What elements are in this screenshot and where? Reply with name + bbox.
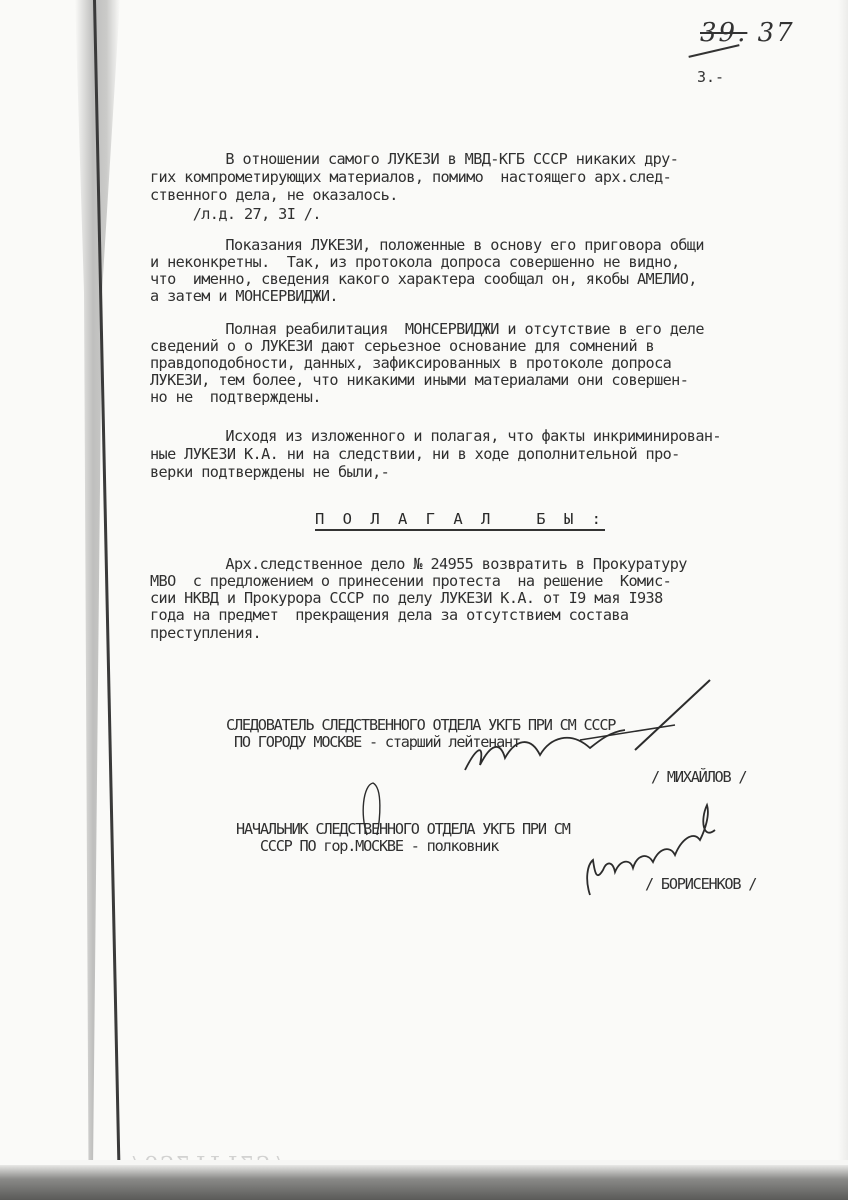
handwritten-page-number: 39. 37 — [700, 18, 795, 48]
body-line: и неконкретны. Так, из протокола допроса… — [150, 253, 680, 271]
signatory-title-line: НАЧАЛЬНИК СЛЕДСТВЕННОГО ОТДЕЛА УКГБ ПРИ … — [236, 820, 570, 838]
body-line: а затем и МОНСЕРВИДЖИ. — [150, 287, 338, 305]
signatory-name: / БОРИСЕНКОВ / — [645, 875, 756, 893]
body-line: верки подтверждены не были,- — [150, 463, 389, 481]
body-line: правдоподобности, данных, зафиксированны… — [150, 354, 671, 372]
signatory-title-line: ПО ГОРОДУ МОСКВЕ - старший лейтенант — [226, 733, 520, 751]
body-line: В отношении самого ЛУКЕЗИ в МВД-КГБ СССР… — [140, 150, 678, 168]
body-line: ные ЛУКЕЗИ К.А. ни на следствии, ни в хо… — [150, 445, 680, 463]
body-line: но не подтверждены. — [150, 388, 321, 406]
conclusion-line: сии НКВД и Прокурора СССР по делу ЛУКЕЗИ… — [150, 589, 663, 607]
body-line: ственного дела, не оказалось. — [150, 186, 398, 204]
conclusion-line: МВО с предложением о принесении протеста… — [150, 572, 671, 590]
page-right-edge — [838, 0, 848, 1170]
signatory-title-line: СЛЕДОВАТЕЛЬ СЛЕДСТВЕННОГО ОТДЕЛА УКГБ ПР… — [226, 716, 615, 734]
body-line: сведений о о ЛУКЕЗИ дают серьезное основ… — [150, 337, 654, 355]
conclusion-line: года на предмет прекращения дела за отсу… — [150, 606, 628, 624]
body-line: Полная реабилитация МОНСЕРВИДЖИ и отсутс… — [140, 320, 704, 338]
body-line: Показания ЛУКЕЗИ, положенные в основу ег… — [140, 236, 704, 254]
body-line: ЛУКЕЗИ, тем более, что никакими иными ма… — [150, 371, 688, 389]
body-line: что именно, сведения какого характера со… — [150, 270, 697, 288]
conclusion-line: преступления. — [150, 624, 261, 642]
body-line: /л.д. 27, 3I /. — [150, 205, 321, 223]
typed-page-number: 3.- — [697, 68, 724, 86]
document-page: 39. 37 3.- В отношении самого ЛУКЕЗИ в М… — [0, 0, 848, 1200]
body-line: Исходя из изложенного и полагая, что фак… — [140, 427, 721, 445]
struck-page-number: 39. — [700, 18, 747, 48]
signatory-title-line: СССР ПО гор.МОСКВЕ - полковник — [236, 837, 498, 855]
current-page-number: 37 — [758, 18, 795, 48]
section-heading: П О Л А Г А Л Б Ы : — [315, 510, 605, 531]
signatory-name: / МИХАЙЛОВ / — [651, 768, 746, 786]
body-line: гих компрометирующих материалов, помимо … — [150, 168, 671, 186]
conclusion-line: Арх.следственное дело № 24955 возвратить… — [140, 555, 687, 573]
scanner-bottom-edge — [0, 1165, 848, 1200]
